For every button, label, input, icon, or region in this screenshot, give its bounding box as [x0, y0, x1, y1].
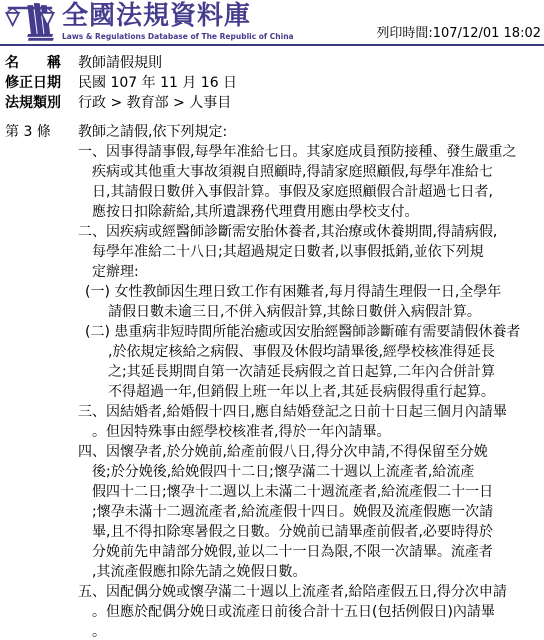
- metadata-section: 名 稱 教師請假規則 修正日期 民國 107 年 11 月 16 日 法規類別 …: [0, 46, 544, 113]
- law-text-line: 每學年准給二十八日;其超過規定日數者,以事假抵銷,並依下列規: [92, 242, 544, 262]
- law-text-line: 分娩前先申請部分娩假,並以二十一日為限,不限一次請畢。流產者: [92, 542, 544, 562]
- site-logo: 全國法規資料庫 Laws & Regulations Database of T…: [3, 1, 294, 42]
- law-text-line: 假四十二日;懷孕十二週以上未滿二十週流產者,給流產假二十一日: [92, 482, 544, 502]
- law-text-line: 。但因特殊事由經學校核准者,得於一年內請畢。: [92, 422, 544, 442]
- article-number: 第 3 條: [5, 122, 78, 640]
- site-title: 全國法規資料庫: [62, 2, 294, 31]
- law-title: 教師請假規則: [78, 53, 162, 73]
- law-text-line: 不得超過一年,但銷假上班一年以上者,其延長病假得重行起算。: [108, 382, 544, 402]
- law-text-line: 五、因配偶分娩或懷孕滿二十週以上流產者,給陪產假五日,得分次申請: [78, 582, 544, 602]
- law-text-line: 日,其請假日數併入事假計算。事假及家庭照顧假合計超過七日者,: [92, 182, 544, 202]
- law-text-line: 畢,且不得扣除寒暑假之日數。分娩前已請畢產前假者,必要時得於: [92, 522, 544, 542]
- meta-row-title: 名 稱 教師請假規則: [5, 53, 544, 73]
- law-text-line: 三、因結婚者,給婚假十四日,應自結婚登記之日前十日起三個月內請畢: [78, 402, 544, 422]
- law-print-page: 全國法規資料庫 Laws & Regulations Database of T…: [0, 0, 544, 640]
- law-text-line: 二、因疾病或經醫師診斷需安胎休養者,其治療或休養期間,得請病假,: [78, 222, 544, 242]
- law-text-line: 疾病或其他重大事故須親自照顧時,得請家庭照顧假,每學年准給七: [92, 162, 544, 182]
- law-text-line: 一、因事得請事假,每學年准給七日。其家庭成員預防接種、發生嚴重之: [78, 142, 544, 162]
- category-breadcrumb: 行政 > 教育部 > 人事目: [78, 93, 231, 113]
- law-text-line: 四、因懷孕者,於分娩前,給產前假八日,得分次申請,不得保留至分娩: [78, 442, 544, 462]
- amend-date: 民國 107 年 11 月 16 日: [78, 73, 237, 93]
- law-text-line: 之;其延長期間自第一次請延長病假之首日起算,二年內合併計算: [108, 362, 544, 382]
- law-text-line: 請假日數未逾三日,不併入病假計算,其餘日數併入病假計算。: [108, 302, 544, 322]
- meta-row-amend-date: 修正日期 民國 107 年 11 月 16 日: [5, 73, 544, 93]
- law-text-line: 後;於分娩後,給娩假四十二日;懷孕滿二十週以上流產者,給流產: [92, 462, 544, 482]
- print-time-value: 107/12/01 18:02: [433, 26, 541, 41]
- meta-label-category: 法規類別: [5, 93, 78, 113]
- header: 全國法規資料庫 Laws & Regulations Database of T…: [0, 0, 544, 46]
- print-time-label: 列印時間:: [376, 26, 432, 41]
- law-text-line: ;懷孕未滿十二週流產者,給流產假十四日。娩假及流產假應一次請: [92, 502, 544, 522]
- meta-label-amend-date: 修正日期: [5, 73, 78, 93]
- meta-row-category: 法規類別 行政 > 教育部 > 人事目: [5, 93, 544, 113]
- logo-text: 全國法規資料庫 Laws & Regulations Database of T…: [62, 1, 294, 41]
- article-section: 第 3 條 教師之請假,依下列規定:一、因事得請事假,每學年准給七日。其家庭成員…: [0, 122, 544, 640]
- print-time: 列印時間:107/12/01 18:02: [376, 22, 541, 41]
- law-text-line: ,於依規定核給之病假、事假及休假均請畢後,經學校核准得延長: [108, 342, 544, 362]
- law-text-line: 。: [92, 622, 544, 640]
- article-body: 教師之請假,依下列規定:一、因事得請事假,每學年准給七日。其家庭成員預防接種、發…: [78, 122, 544, 640]
- law-text-line: (二) 患重病非短時間所能治癒或因安胎經醫師診斷確有需要請假休養者: [85, 322, 544, 342]
- law-text-line: 應按日扣除薪給,其所遺課務代理費用應由學校支付。: [92, 202, 544, 222]
- law-text-line: ,其流產假應扣除先請之娩假日數。: [92, 562, 544, 582]
- scales-and-books-logo-icon: [3, 1, 57, 42]
- law-text-line: 。但應於配偶分娩日或流產日前後合計十五日(包括例假日)內請畢: [92, 602, 544, 622]
- meta-label-title: 名 稱: [5, 53, 78, 73]
- site-subtitle: Laws & Regulations Database of The Repub…: [62, 32, 294, 41]
- law-text-line: (一) 女性教師因生理日致工作有困難者,每月得請生理假一日,全學年: [85, 282, 544, 302]
- law-text-line: 教師之請假,依下列規定:: [78, 122, 544, 142]
- law-text-line: 定辦理:: [92, 262, 544, 282]
